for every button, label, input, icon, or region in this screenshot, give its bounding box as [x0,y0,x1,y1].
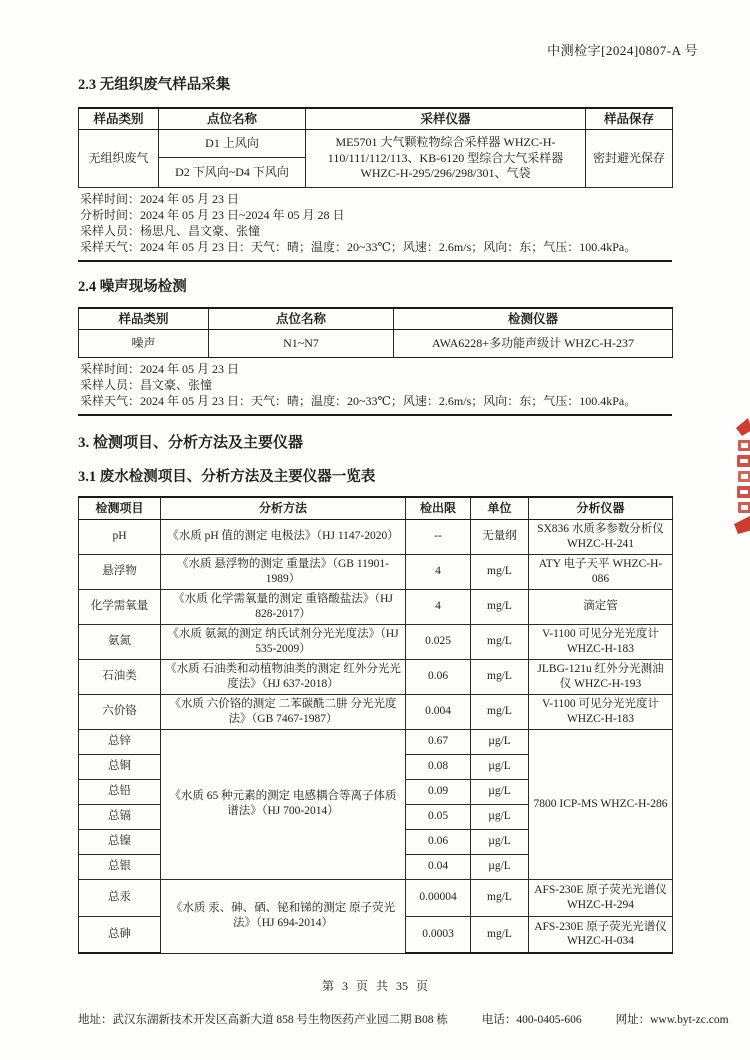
cell-unit: mg/L [471,879,529,916]
cell-sample-type: 无组织废气 [79,130,159,188]
table-row: 无组织废气 D1 上风向 ME5701 大气颗粒物综合采样器 WHZC-H-11… [79,130,673,158]
sampling-notes-2-3: 采样时间：2024 年 05 月 23 日 分析时间：2024 年 05 月 2… [78,188,672,262]
cell-instrument: AWA6228+多功能声级计 WHZC-H-237 [394,330,673,358]
cell-unit: mg/L [471,554,529,589]
cell-method-afs-group: 《水质 汞、砷、硒、铋和锑的测定 原子荧光法》（HJ 694-2014） [161,879,406,953]
cell-instrument: SX836 水质多参数分析仪 WHZC-H-241 [529,519,673,554]
cell-points: N1~N7 [209,330,394,358]
cell-limit: 0.08 [406,754,471,779]
cell-item: 化学需氧量 [79,589,161,624]
table-header-row: 检测项目 分析方法 检出限 单位 分析仪器 [79,497,673,519]
cell-unit: µg/L [471,729,529,754]
wastewater-method-table: 检测项目 分析方法 检出限 单位 分析仪器 pH 《水质 pH 值的测定 电极法… [78,496,673,954]
col-header-point-name: 点位名称 [209,308,394,330]
cell-limit: 0.67 [406,729,471,754]
col-header-sampling-instrument: 采样仪器 [306,108,586,130]
noise-measurement-table: 样品类别 点位名称 检测仪器 噪声 N1~N7 AWA6228+多功能声级计 W… [78,307,673,358]
cell-limit: 0.06 [406,659,471,694]
col-header-item: 检测项目 [79,497,161,519]
cell-instrument: ME5701 大气颗粒物综合采样器 WHZC-H-110/111/112/113… [306,130,586,188]
col-header-sample-type: 样品类别 [79,108,159,130]
cell-item: 总镍 [79,829,161,854]
table-row-cr6: 六价铬 《水质 六价铬的测定 二苯碳酰二肼 分光光度法》（GB 7467-198… [79,694,673,729]
footer-address: 地址：武汉东湖新技术开发区高新大道 858 号生物医药产业园二期 B08 栋 [78,1011,448,1027]
cell-limit: 0.0003 [406,916,471,953]
cell-unit: µg/L [471,754,529,779]
cell-item: 总铅 [79,779,161,804]
cell-limit: 0.09 [406,779,471,804]
table-row: 噪声 N1~N7 AWA6228+多功能声级计 WHZC-H-237 [79,330,673,358]
note-line: 分析时间：2024 年 05 月 23 日~2024 年 05 月 28 日 [80,207,672,223]
note-line: 采样人员：杨思凡、昌文豪、张憧 [80,223,672,239]
table-row-nh3n: 氨氮 《水质 氨氮的测定 纳氏试剂分光光度法》（HJ 535-2009） 0.0… [79,624,673,659]
section-2-3-title: 2.3 无组织废气样品采集 [78,73,672,94]
col-header-detect-instrument: 检测仪器 [394,308,673,330]
cell-unit: µg/L [471,854,529,879]
cell-limit: 4 [406,589,471,624]
cell-instrument: V-1100 可见分光光度计 WHZC-H-183 [529,694,673,729]
cell-method: 《水质 氨氮的测定 纳氏试剂分光光度法》（HJ 535-2009） [161,624,406,659]
cell-point-1: D1 上风向 [159,130,306,158]
cell-item: 总银 [79,854,161,879]
cell-instrument: JLBG-121u 红外分光测油仪 WHZC-H-193 [529,659,673,694]
col-header-method: 分析方法 [161,497,406,519]
cell-instrument: ATY 电子天平 WHZC-H-086 [529,554,673,589]
cell-item: 悬浮物 [79,554,161,589]
table-row-ss: 悬浮物 《水质 悬浮物的测定 重量法》（GB 11901-1989） 4 mg/… [79,554,673,589]
section-2-4-title: 2.4 噪声现场检测 [78,275,672,296]
cell-unit: 无量纲 [471,519,529,554]
table-header-row: 样品类别 点位名称 采样仪器 样品保存 [79,108,673,130]
note-line: 采样天气：2024 年 05 月 23 日：天气：晴；温度：20~33℃；风速：… [80,239,672,255]
cell-item: 石油类 [79,659,161,694]
section-3-1-title: 3.1 废水检测项目、分析方法及主要仪器一览表 [78,465,672,486]
footer-website: 网址：www.byt-zc.com [616,1011,729,1027]
cell-unit: mg/L [471,589,529,624]
cell-limit: 0.004 [406,694,471,729]
col-header-unit: 单位 [471,497,529,519]
table-row-petroleum: 石油类 《水质 石油类和动植物油类的测定 红外分光光度法》（HJ 637-201… [79,659,673,694]
cell-method: 《水质 化学需氧量的测定 重铬酸盐法》（HJ 828-2017） [161,589,406,624]
cell-instrument: AFS-230E 原子荧光光谱仪 WHZC-H-294 [529,879,673,916]
cell-unit: mg/L [471,624,529,659]
cell-item: 六价铬 [79,694,161,729]
doc-number: 中测检字[2024]0807-A 号 [78,40,698,59]
cell-limit: 0.00004 [406,879,471,916]
cell-item: 总铜 [79,754,161,779]
table-row-zn: 总锌 《水质 65 种元素的测定 电感耦合等离子体质谱法》（HJ 700-201… [79,729,673,754]
table-row-cod: 化学需氧量 《水质 化学需氧量的测定 重铬酸盐法》（HJ 828-2017） 4… [79,589,673,624]
col-header-instrument: 分析仪器 [529,497,673,519]
cell-item: 总砷 [79,916,161,953]
note-line: 采样天气：2024 年 05 月 23 日：天气：晴；温度：20~33℃；风速：… [80,393,672,409]
cell-preservation: 密封避光保存 [586,130,673,188]
footer-contact-line: 地址：武汉东湖新技术开发区高新大道 858 号生物医药产业园二期 B08 栋 电… [78,1011,672,1027]
section-3-title: 3. 检测项目、分析方法及主要仪器 [78,431,672,452]
cell-method: 《水质 六价铬的测定 二苯碳酰二肼 分光光度法》（GB 7467-1987） [161,694,406,729]
sampling-notes-2-4: 采样时间：2024 年 05 月 23 日 采样人员：昌文豪、张憧 采样天气：2… [78,358,672,416]
cell-unit: µg/L [471,779,529,804]
table-header-row: 样品类别 点位名称 检测仪器 [79,308,673,330]
footer-phone: 电话：400-0405-606 [482,1011,582,1027]
table-row-ph: pH 《水质 pH 值的测定 电极法》（HJ 1147-2020） -- 无量纲… [79,519,673,554]
cell-instrument-icp-group: 7800 ICP-MS WHZC-H-286 [529,729,673,879]
cell-item: 总锌 [79,729,161,754]
note-line: 采样时间：2024 年 05 月 23 日 [80,191,672,207]
cell-unit: mg/L [471,916,529,953]
cell-limit: -- [406,519,471,554]
table-row-hg: 总汞 《水质 汞、砷、硒、铋和锑的测定 原子荧光法》（HJ 694-2014） … [79,879,673,916]
col-header-limit: 检出限 [406,497,471,519]
cell-unit: µg/L [471,804,529,829]
cell-item: 总汞 [79,879,161,916]
cell-unit: µg/L [471,829,529,854]
note-line: 采样人员：昌文豪、张憧 [80,377,672,393]
cell-limit: 0.06 [406,829,471,854]
cell-method: 《水质 石油类和动植物油类的测定 红外分光光度法》（HJ 637-2018） [161,659,406,694]
cell-method: 《水质 pH 值的测定 电极法》（HJ 1147-2020） [161,519,406,554]
cell-method-icp-group: 《水质 65 种元素的测定 电感耦合等离子体质谱法》（HJ 700-2014） [161,729,406,879]
col-header-sample-type: 样品类别 [79,308,209,330]
col-header-preservation: 样品保存 [586,108,673,130]
fugitive-gas-sampling-table: 样品类别 点位名称 采样仪器 样品保存 无组织废气 D1 上风向 ME5701 … [78,107,673,188]
cell-sample-type: 噪声 [79,330,209,358]
cell-instrument: 滴定管 [529,589,673,624]
cell-limit: 0.025 [406,624,471,659]
cell-instrument: AFS-230E 原子荧光光谱仪 WHZC-H-034 [529,916,673,953]
page-number: 第 3 页 共 35 页 [78,977,672,994]
cell-instrument: V-1100 可见分光光度计 WHZC-H-183 [529,624,673,659]
col-header-point-name: 点位名称 [159,108,306,130]
cell-limit: 4 [406,554,471,589]
cell-item: pH [79,519,161,554]
note-line: 采样时间：2024 年 05 月 23 日 [80,361,672,377]
report-page: 中测检字[2024]0807-A 号 2.3 无组织废气样品采集 样品类别 点位… [0,0,750,1060]
cell-limit: 0.04 [406,854,471,879]
cell-limit: 0.05 [406,804,471,829]
cell-unit: mg/L [471,659,529,694]
cell-method: 《水质 悬浮物的测定 重量法》（GB 11901-1989） [161,554,406,589]
cell-point-2: D2 下风向~D4 下风向 [159,158,306,188]
cell-item: 氨氮 [79,624,161,659]
cell-item: 总镉 [79,804,161,829]
cell-unit: mg/L [471,694,529,729]
